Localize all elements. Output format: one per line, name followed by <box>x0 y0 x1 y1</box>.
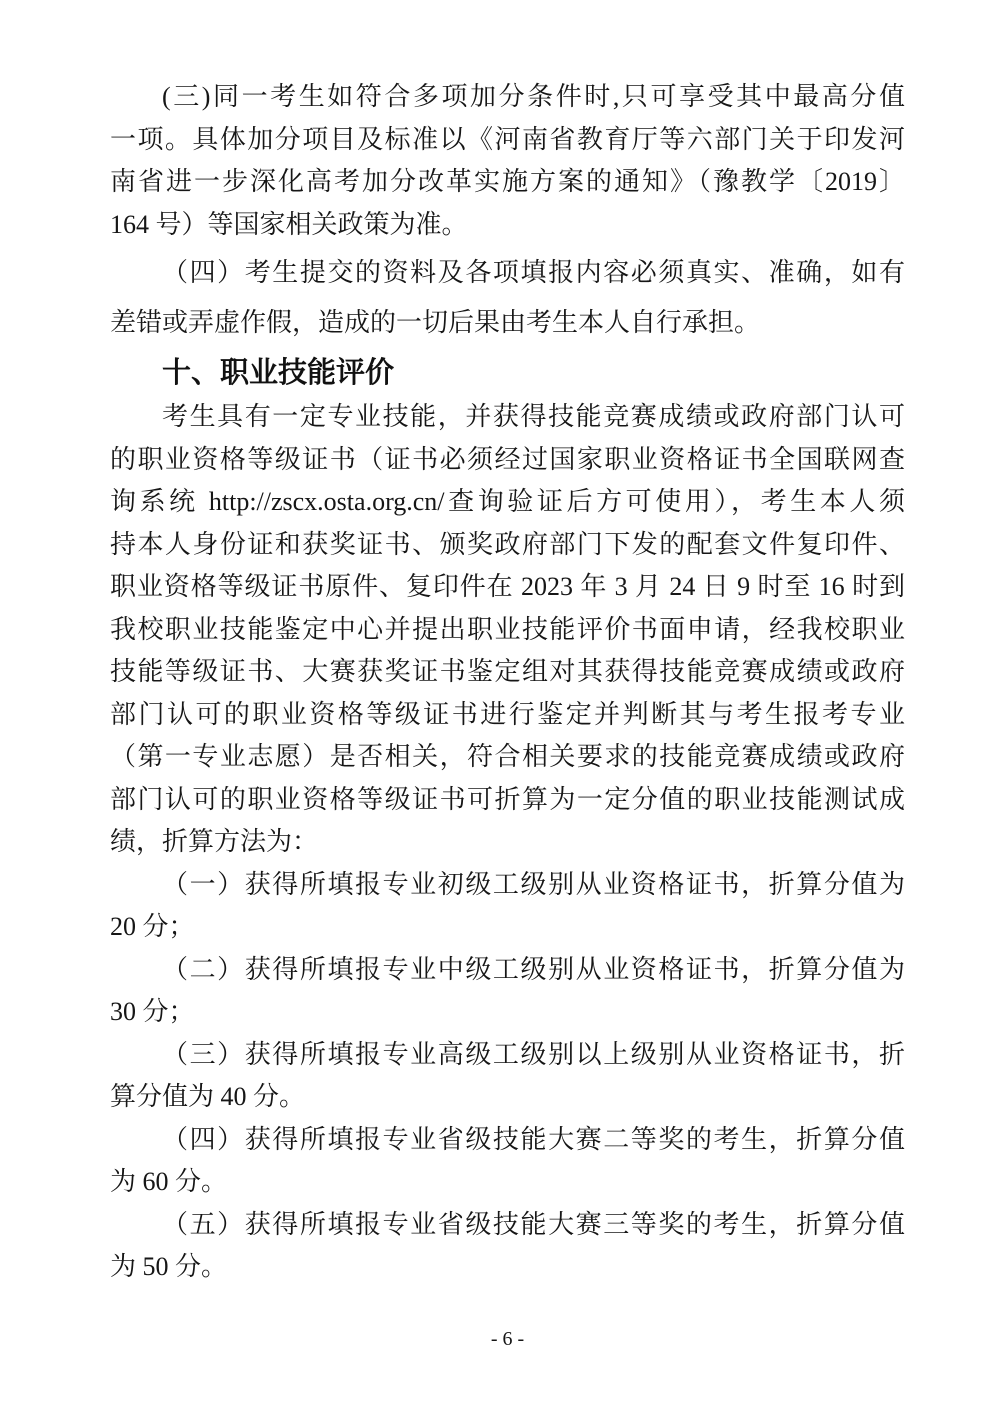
text-line: 一项。具体加分项目及标准以《河南省教育厅等六部门关于印发河 <box>110 119 905 162</box>
text-line: （三）获得所填报专业高级工级别以上级别从业资格证书，折 <box>110 1034 905 1077</box>
text-line: 部门认可的职业资格等级证书进行鉴定并判断其与考生报考专业 <box>110 694 905 737</box>
text-line: （四）考生提交的资料及各项填报内容必须真实、准确，如有 <box>110 248 905 298</box>
text-line: 为 60 分。 <box>110 1161 905 1204</box>
text-line: 持本人身份证和获奖证书、颁奖政府部门下发的配套文件复印件、 <box>110 524 905 567</box>
text-line: 职业资格等级证书原件、复印件在 2023 年 3 月 24 日 9 时至 16 … <box>110 566 905 609</box>
text-line: （一）获得所填报专业初级工级别从业资格证书，折算分值为 <box>110 864 905 907</box>
page-number: - 6 - <box>110 1326 905 1353</box>
text-line: （二）获得所填报专业中级工级别从业资格证书，折算分值为 <box>110 949 905 992</box>
text-line: 164 号）等国家相关政策为准。 <box>110 204 905 247</box>
paragraph: （四）考生提交的资料及各项填报内容必须真实、准确，如有差错或弄虚作假，造成的一切… <box>110 248 905 347</box>
text-line: 我校职业技能鉴定中心并提出职业技能评价书面申请，经我校职业 <box>110 609 905 652</box>
text-line: 为 50 分。 <box>110 1246 905 1289</box>
text-line: 算分值为 40 分。 <box>110 1076 905 1119</box>
paragraph: （三）获得所填报专业高级工级别以上级别从业资格证书，折算分值为 40 分。 <box>110 1034 905 1119</box>
text-line: 绩，折算方法为： <box>110 821 905 864</box>
text-line: 20 分； <box>110 906 905 949</box>
paragraph: (三)同一考生如符合多项加分条件时,只可享受其中最高分值一项。具体加分项目及标准… <box>110 76 905 246</box>
text-line: （第一专业志愿）是否相关，符合相关要求的技能竞赛成绩或政府 <box>110 736 905 779</box>
paragraph: （二）获得所填报专业中级工级别从业资格证书，折算分值为30 分； <box>110 949 905 1034</box>
text-line: 询系统 http://zscx.osta.org.cn/查询验证后方可使用），考… <box>110 481 905 524</box>
text-line: （五）获得所填报专业省级技能大赛三等奖的考生，折算分值 <box>110 1204 905 1247</box>
document-body: (三)同一考生如符合多项加分条件时,只可享受其中最高分值一项。具体加分项目及标准… <box>110 76 905 1289</box>
text-line: (三)同一考生如符合多项加分条件时,只可享受其中最高分值 <box>110 76 905 119</box>
paragraph: （五）获得所填报专业省级技能大赛三等奖的考生，折算分值为 50 分。 <box>110 1204 905 1289</box>
paragraph: 考生具有一定专业技能，并获得技能竞赛成绩或政府部门认可的职业资格等级证书（证书必… <box>110 396 905 864</box>
paragraph: （一）获得所填报专业初级工级别从业资格证书，折算分值为20 分； <box>110 864 905 949</box>
document-page: (三)同一考生如符合多项加分条件时,只可享受其中最高分值一项。具体加分项目及标准… <box>0 0 1008 1421</box>
text-line: （四）获得所填报专业省级技能大赛二等奖的考生，折算分值 <box>110 1119 905 1162</box>
text-line: 考生具有一定专业技能，并获得技能竞赛成绩或政府部门认可 <box>110 396 905 439</box>
text-line: 差错或弄虚作假，造成的一切后果由考生本人自行承担。 <box>110 298 905 348</box>
text-line: 部门认可的职业资格等级证书可折算为一定分值的职业技能测试成 <box>110 779 905 822</box>
text-line: 技能等级证书、大赛获奖证书鉴定组对其获得技能竞赛成绩或政府 <box>110 651 905 694</box>
text-line: 南省进一步深化高考加分改革实施方案的通知》（豫教学〔2019〕 <box>110 161 905 204</box>
text-line: 30 分； <box>110 991 905 1034</box>
text-line: 的职业资格等级证书（证书必须经过国家职业资格证书全国联网查 <box>110 439 905 482</box>
paragraph: （四）获得所填报专业省级技能大赛二等奖的考生，折算分值为 60 分。 <box>110 1119 905 1204</box>
section-heading: 十、职业技能评价 <box>110 350 905 396</box>
